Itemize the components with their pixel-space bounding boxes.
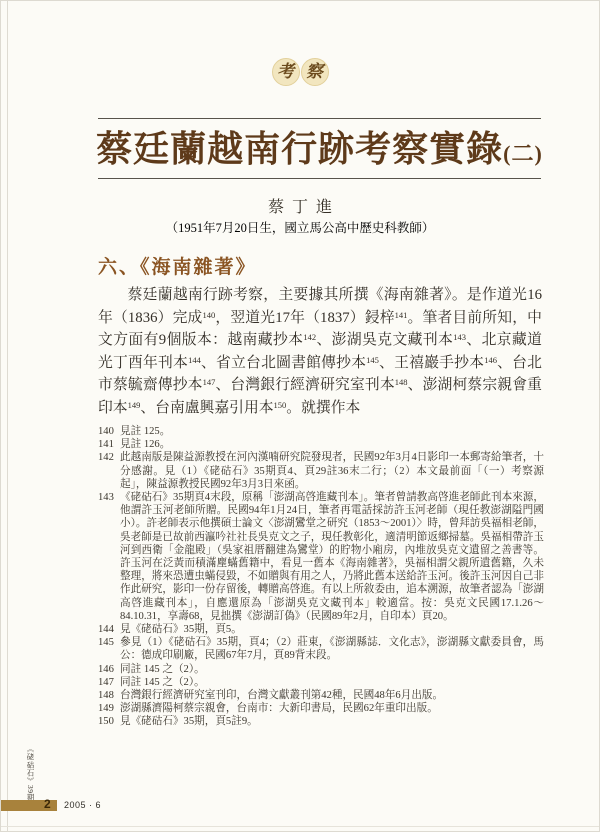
footnote-number: 145 [98, 636, 120, 649]
footnote-item: 143《硓𥑮石》35期頁4末段，原稱「澎湖高啓進藏刊本」。筆者曾請教高啓進老師此… [98, 491, 544, 623]
footnote-number: 143 [98, 491, 120, 504]
footer-journal-issue: 《硓𥑮石》39期 [25, 745, 36, 803]
footnote-ref: 144 [188, 355, 201, 365]
footnote-number: 142 [98, 451, 120, 464]
scan-edge-line-bottom [1, 826, 599, 827]
header-seals: 考 察 [1, 58, 599, 86]
footer-issue-date: 2005 · 6 [64, 800, 101, 810]
footnote-ref: 148 [395, 377, 408, 387]
footnote-number: 141 [98, 438, 120, 451]
footnote-ref: 143 [453, 332, 466, 342]
footnote-ref: 146 [484, 355, 497, 365]
page-title-suffix: (二) [503, 141, 543, 166]
footnote-item: 147同註 145 之（2）。 [98, 676, 544, 689]
footnote-number: 146 [98, 663, 120, 676]
footnote-text: 見《硓𥑮石》35期，頁5註9。 [120, 716, 258, 727]
footnote-item: 145參見（1）《硓𥑮石》35期，頁4；（2）莊東，《澎湖縣誌．文化志》，澎湖縣… [98, 636, 544, 662]
footnote-text: 見《硓𥑮石》35期，頁5。 [120, 624, 242, 635]
footnote-text: 參見（1）《硓𥑮石》35期，頁4；（2）莊東，《澎湖縣誌．文化志》，澎湖縣文獻委… [120, 637, 544, 661]
footnote-item: 141見註 126。 [98, 438, 544, 451]
author-note: （1951年7月20日生，國立馬公高中歷史科教師） [1, 218, 599, 236]
footnote-ref: 149 [128, 400, 141, 410]
footnote-item: 146同註 145 之（2）。 [98, 663, 544, 676]
footnote-item: 150見《硓𥑮石》35期，頁5註9。 [98, 715, 544, 728]
body-paragraph: 蔡廷蘭越南行跡考察，主要據其所撰《海南雜著》。是作道光16年（1836）完成14… [98, 284, 542, 420]
footer-page-number: 2 [44, 797, 51, 811]
footnote-ref: 147 [203, 377, 216, 387]
footnote-number: 144 [98, 623, 120, 636]
footnote-number: 150 [98, 715, 120, 728]
page-title-text: 蔡廷蘭越南行跡考察實錄 [96, 129, 503, 169]
footnote-text: 澎湖縣濟陽柯蔡宗親會，台南市：大新印書局，民國62年重印出版。 [120, 703, 438, 714]
footnote-list: 140見註 125。141見註 126。142此越南版是陳益源教授在河內漢喃研究… [98, 425, 544, 729]
footnote-text: 見註 125。 [120, 426, 170, 437]
seal-kao-icon: 考 [272, 58, 300, 86]
footnote-ref: 142 [303, 332, 316, 342]
page-title: 蔡廷蘭越南行跡考察實錄(二) [91, 122, 548, 178]
footnote-text: 同註 145 之（2）。 [120, 664, 205, 675]
seal-cha-icon: 察 [301, 58, 329, 86]
title-rule-bottom [98, 178, 541, 179]
footnote-item: 144見《硓𥑮石》35期，頁5。 [98, 623, 544, 636]
footnote-number: 149 [98, 702, 120, 715]
footnote-number: 148 [98, 689, 120, 702]
footnote-text: 台灣銀行經濟研究室刊印，台灣文獻叢刊第42種，民國48年6月出版。 [120, 690, 443, 701]
footnote-item: 140見註 125。 [98, 425, 544, 438]
footnote-number: 140 [98, 425, 120, 438]
title-rule-top [98, 118, 541, 119]
footnote-text: 見註 126。 [120, 439, 170, 450]
footnote-ref: 150 [274, 400, 287, 410]
footnote-ref: 140 [203, 310, 216, 320]
section-heading: 六、《海南雜著》 [98, 252, 257, 279]
footnote-item: 142此越南版是陳益源教授在河內漢喃研究院發現者，民國92年3月4日影印一本郵寄… [98, 451, 544, 491]
footnote-ref: 145 [366, 355, 379, 365]
footnote-text: 此越南版是陳益源教授在河內漢喃研究院發現者，民國92年3月4日影印一本郵寄給筆者… [120, 452, 544, 489]
scan-edge-line [7, 1, 8, 831]
footnote-number: 147 [98, 676, 120, 689]
scanned-journal-page: 考 察 蔡廷蘭越南行跡考察實錄(二) 蔡丁進 （1951年7月20日生，國立馬公… [0, 0, 600, 832]
footnote-text: 同註 145 之（2）。 [120, 677, 205, 688]
footnote-text: 《硓𥑮石》35期頁4末段，原稱「澎湖高啓進藏刊本」。筆者曾請教高啓進老師此刊本來… [120, 492, 544, 622]
footnote-item: 148台灣銀行經濟研究室刊印，台灣文獻叢刊第42種，民國48年6月出版。 [98, 689, 544, 702]
footnote-ref: 141 [395, 310, 408, 320]
footnote-item: 149澎湖縣濟陽柯蔡宗親會，台南市：大新印書局，民國62年重印出版。 [98, 702, 544, 715]
author-name: 蔡丁進 [1, 194, 599, 217]
